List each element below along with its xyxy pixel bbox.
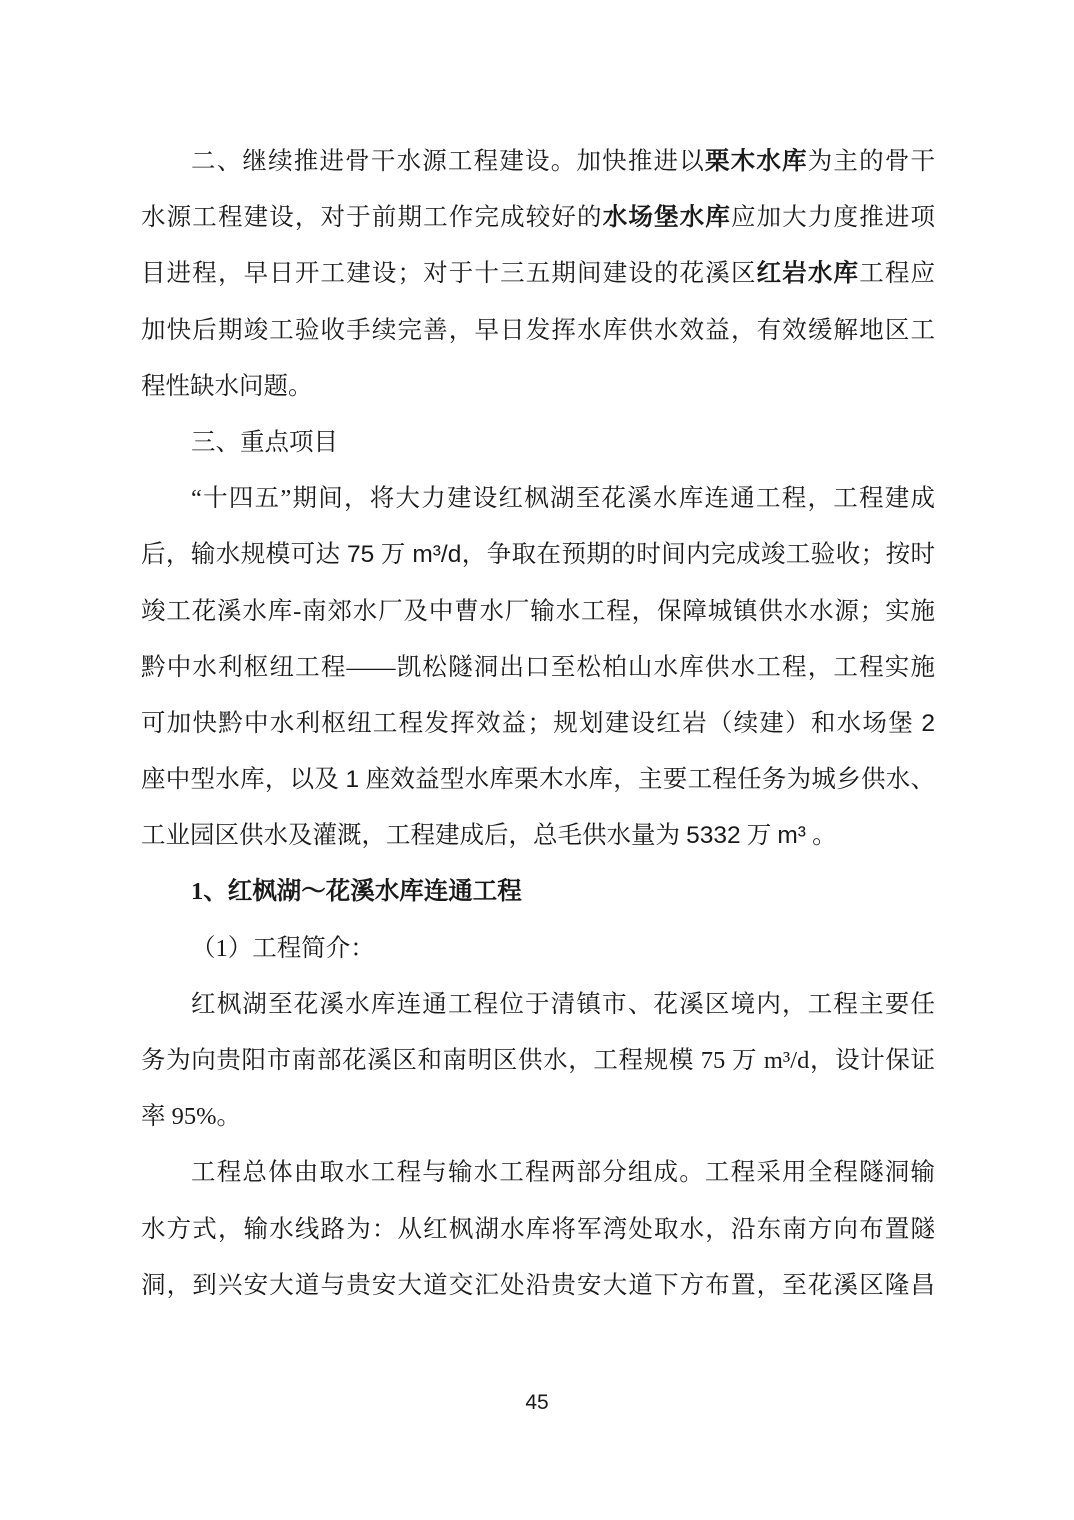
text-run: 加快后期竣工验收手续完善，早日发挥水库供水效益，有效缓解地区工 [141,317,935,344]
text-run: 水方式，输水线路为：从红枫湖水库将军湾处取水，沿东南方向布置隧 [141,1216,935,1243]
text-run: 竣工花溪水库-南郊水厂及中曹水厂输水工程，保障城镇供水水源；实施 [141,598,935,625]
text-run: 座中型水库，以及 [141,766,346,793]
text-run: 工业园区供水及灌溉，工程建成后，总毛供水量为 [141,822,686,849]
text-line: （1）工程简介： [141,921,935,977]
text-run: 为主的骨干 [808,148,935,175]
text-line: 加快后期竣工验收手续完善，早日发挥水库供水效益，有效缓解地区工 [141,303,935,359]
text-run: 座效益型水库栗木水库，主要工程任务为城乡供水、 [359,766,935,793]
text-line: 程性缺水问题。 [141,359,935,415]
text-line: 目进程，早日开工建设；对于十三五期间建设的花溪区红岩水库工程应 [141,246,935,302]
sans-run: 2 [921,710,935,737]
text-run: 务为向贵阳市南部花溪区和南明区供水，工程规模 75 万 m³/d，设计保证 [141,1047,935,1074]
heading-line: 1、红枫湖～花溪水库连通工程 [141,864,935,920]
sans-run: 75 [347,541,374,568]
bold-run: 1、红枫湖～花溪水库连通工程 [191,878,522,905]
sans-run: m³ [777,822,806,849]
text-run: 。 [806,822,837,849]
sans-run: 1 [346,766,360,793]
text-run: “十四五”期间，将大力建设红枫湖至花溪水库连通工程，工程建成 [191,485,935,512]
text-run: 后，输水规模可达 [141,541,347,568]
text-line: 座中型水库，以及 1 座效益型水库栗木水库，主要工程任务为城乡供水、 [141,752,935,808]
bold-run: 栗木水库 [705,148,808,175]
text-line: 二、继续推进骨干水源工程建设。加快推进以栗木水库为主的骨干 [141,134,935,190]
sans-run: m³/d [412,541,461,568]
text-run: 工程总体由取水工程与输水工程两部分组成。工程采用全程隧洞输 [191,1159,935,1186]
text-run: 工程应 [859,260,935,287]
text-run: 万 [741,822,778,849]
text-run: 应加大力度推进项 [731,204,935,231]
text-line: 竣工花溪水库-南郊水厂及中曹水厂输水工程，保障城镇供水水源；实施 [141,584,935,640]
text-run: 水源工程建设，对于前期工作完成较好的 [141,204,603,231]
text-line: “十四五”期间，将大力建设红枫湖至花溪水库连通工程，工程建成 [141,471,935,527]
text-run: 黔中水利枢纽工程——凯松隧洞出口至松柏山水库供水工程，工程实施 [141,654,935,681]
text-line: 率 95%。 [141,1089,935,1145]
text-line: 后，输水规模可达 75 万 m³/d，争取在预期的时间内完成竣工验收；按时 [141,527,935,583]
document-body: 二、继续推进骨干水源工程建设。加快推进以栗木水库为主的骨干水源工程建设，对于前期… [141,134,935,1314]
bold-run: 水场堡水库 [603,204,731,231]
text-line: 洞，到兴安大道与贵安大道交汇处沿贵安大道下方布置，至花溪区隆昌 [141,1258,935,1314]
text-run: ，争取在预期的时间内完成竣工验收；按时 [461,541,935,568]
text-line: 工程总体由取水工程与输水工程两部分组成。工程采用全程隧洞输 [141,1145,935,1201]
page-number: 45 [0,1392,1074,1414]
text-line: 黔中水利枢纽工程——凯松隧洞出口至松柏山水库供水工程，工程实施 [141,640,935,696]
text-run: 目进程，早日开工建设；对于十三五期间建设的花溪区 [141,260,757,287]
text-line: 工业园区供水及灌溉，工程建成后，总毛供水量为 5332 万 m³ 。 [141,808,935,864]
text-run: 三、重点项目 [191,429,338,456]
text-line: 水源工程建设，对于前期工作完成较好的水场堡水库应加大力度推进项 [141,190,935,246]
text-run: 洞，到兴安大道与贵安大道交汇处沿贵安大道下方布置，至花溪区隆昌 [141,1272,935,1299]
text-line: 红枫湖至花溪水库连通工程位于清镇市、花溪区境内，工程主要任 [141,977,935,1033]
text-run: 程性缺水问题。 [141,373,313,400]
text-run: 二、继续推进骨干水源工程建设。加快推进以 [191,148,705,175]
sans-run: 5332 [686,822,741,849]
text-run: 可加快黔中水利枢纽工程发挥效益；规划建设红岩（续建）和水场堡 [141,710,921,737]
text-run: （1）工程简介： [191,935,375,962]
page: 二、继续推进骨干水源工程建设。加快推进以栗木水库为主的骨干水源工程建设，对于前期… [0,0,1074,1520]
text-line: 水方式，输水线路为：从红枫湖水库将军湾处取水，沿东南方向布置隧 [141,1202,935,1258]
text-line: 三、重点项目 [141,415,935,471]
text-run: 红枫湖至花溪水库连通工程位于清镇市、花溪区境内，工程主要任 [191,991,935,1018]
text-run: 率 95%。 [141,1103,241,1130]
text-line: 可加快黔中水利枢纽工程发挥效益；规划建设红岩（续建）和水场堡 2 [141,696,935,752]
text-run: 万 [374,541,412,568]
text-line: 务为向贵阳市南部花溪区和南明区供水，工程规模 75 万 m³/d，设计保证 [141,1033,935,1089]
bold-run: 红岩水库 [757,260,860,287]
